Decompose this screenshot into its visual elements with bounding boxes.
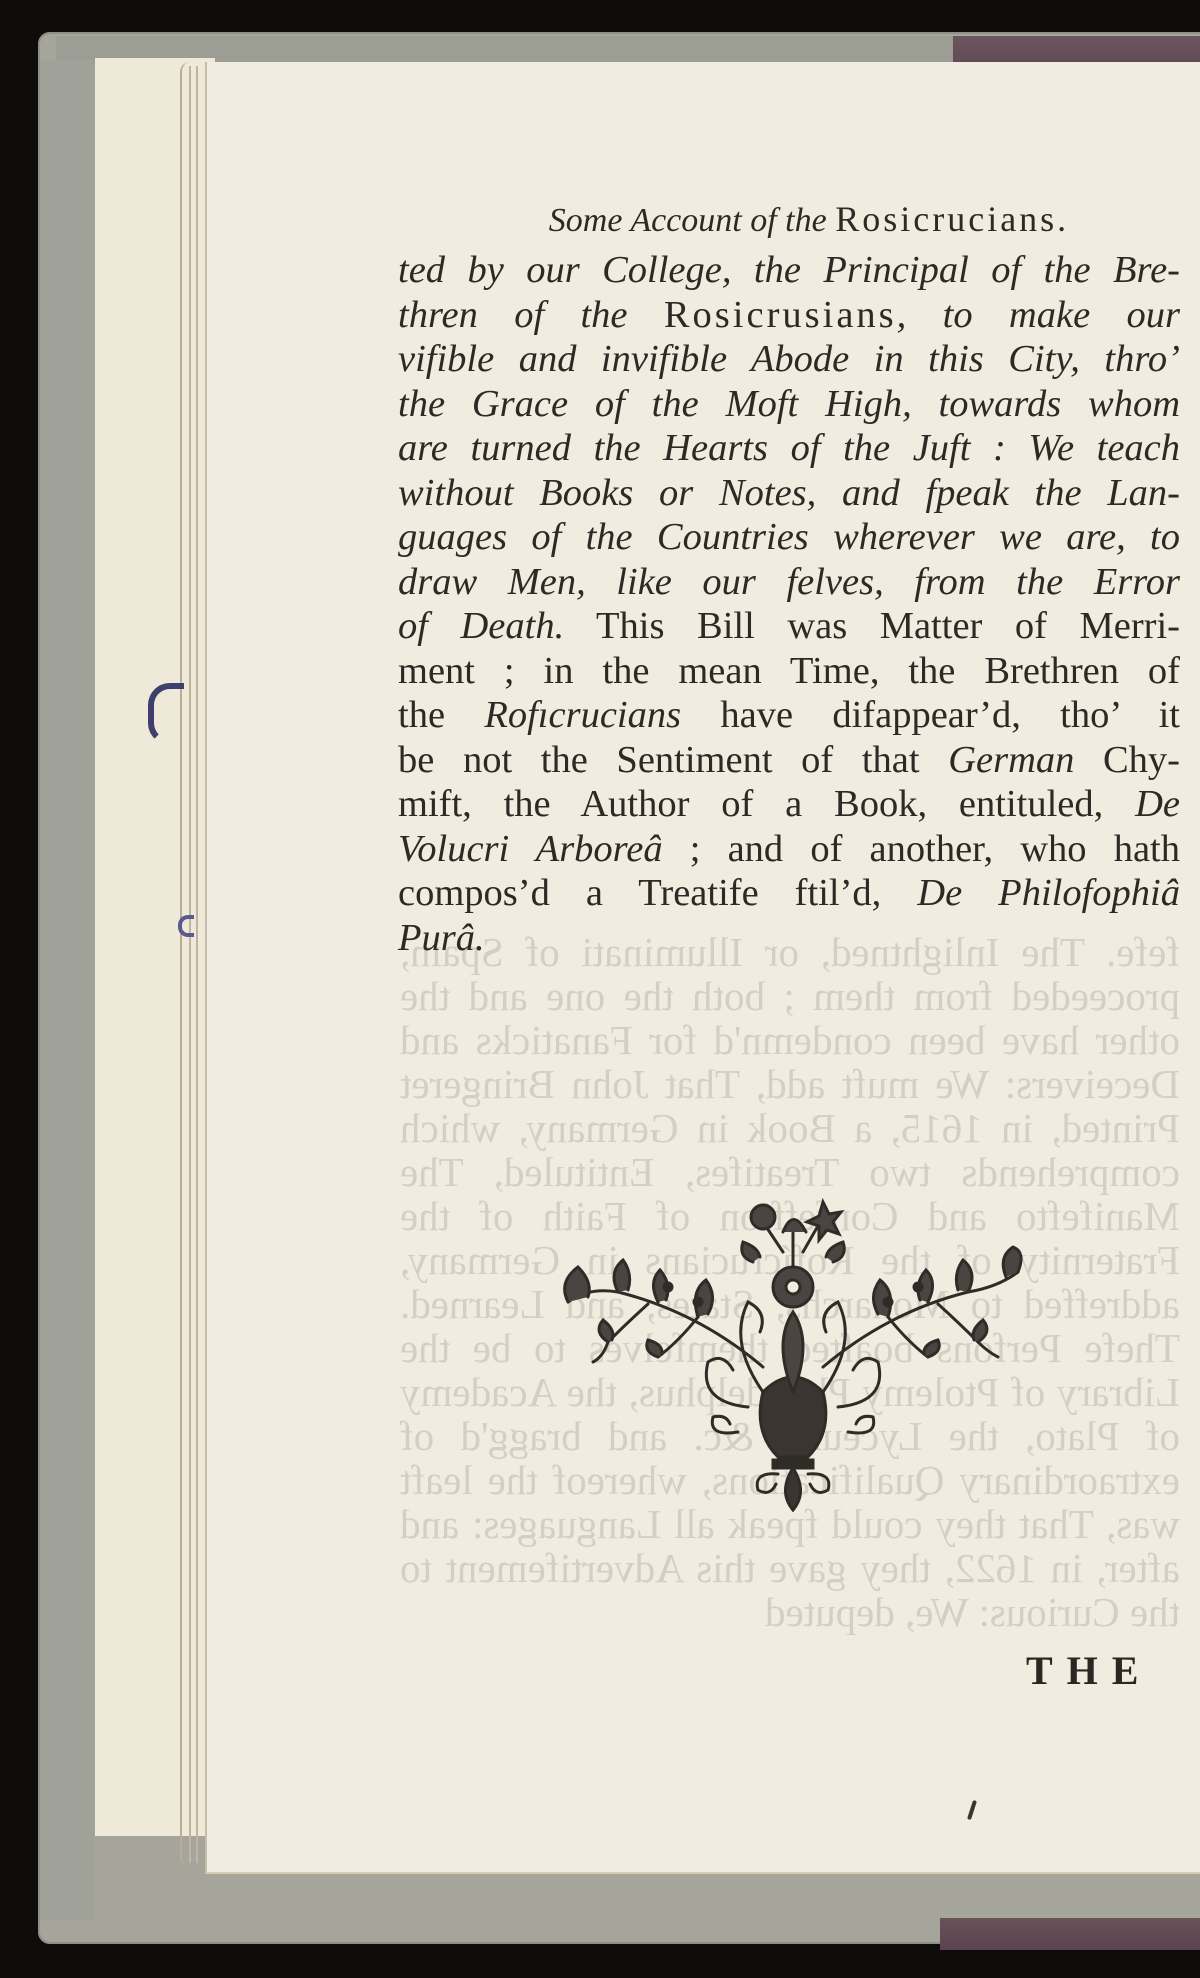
text-segment: Chy- (1074, 739, 1180, 781)
running-head-italic: Some Account of the (549, 202, 827, 239)
leather-spine-bottom (940, 1918, 1200, 1950)
text-line: thren of the Rosicrusians, to make our (398, 293, 1180, 338)
text-segment: vifible and invifible Abode in this City… (398, 338, 1180, 380)
text-line: compos’d a Treatife ftil’d, De Philofoph… (398, 871, 1180, 916)
text-segment: De (1135, 783, 1180, 825)
text-segment: ment ; in the mean Time, the Brethren of (398, 650, 1180, 692)
text-line: vifible and invifible Abode in this City… (398, 337, 1180, 382)
text-line: of Death. This Bill was Matter of Merri- (398, 604, 1180, 649)
text-segment: guages of the Countries wherever we are,… (398, 516, 1180, 558)
page-text-block: Some Account of the Rosicrucians. ted by… (398, 196, 1180, 960)
text-segment: De Philofophiâ (917, 872, 1180, 914)
text-line: ment ; in the mean Time, the Brethren of (398, 649, 1180, 694)
text-line: be not the Sentiment of that German Chy- (398, 738, 1180, 783)
text-segment: This Bill was Matter of Merri- (564, 605, 1180, 647)
text-segment: be not the Sentiment of that (398, 739, 948, 781)
blue-pencil-mark (148, 683, 184, 745)
text-segment: draw Men, like our felves, from the Erro… (398, 561, 1180, 603)
text-line: Volucri Arboreâ ; and of another, who ha… (398, 827, 1180, 872)
text-segment: Rosicrusians (664, 294, 897, 336)
text-segment: German (948, 739, 1074, 781)
text-segment: , to make our (897, 294, 1180, 336)
running-head: Some Account of the Rosicrucians. (398, 196, 1180, 244)
catchword: THE (1026, 1647, 1152, 1694)
text-segment: Rofıcrucians (484, 694, 681, 736)
running-head-small-caps: Rosicrucians. (835, 199, 1069, 239)
text-segment: have difappear’d, tho’ it (681, 694, 1180, 736)
text-line: without Books or Notes, and fpeak the La… (398, 471, 1180, 516)
text-segment: Volucri Arboreâ (398, 828, 663, 870)
text-segment: ted by our College, the Principal of the… (398, 249, 1180, 291)
text-line: draw Men, like our felves, from the Erro… (398, 560, 1180, 605)
text-line: the Grace of the Moft High, towards whom (398, 382, 1180, 427)
text-segment: ; and of another, who hath (663, 828, 1180, 870)
board-left-edge (40, 60, 94, 1920)
text-segment: Purâ. (398, 917, 485, 959)
text-line: ted by our College, the Principal of the… (398, 248, 1180, 293)
text-segment: thren of the (398, 294, 664, 336)
text-line: mift, the Author of a Book, entituled, D… (398, 782, 1180, 827)
text-segment: without Books or Notes, and fpeak the La… (398, 472, 1180, 514)
blue-pencil-mark-small (178, 915, 194, 937)
text-segment: are turned the Hearts of the Juft : We t… (398, 427, 1180, 469)
text-line: guages of the Countries wherever we are,… (398, 515, 1180, 560)
text-segment: of Death. (398, 605, 564, 647)
text-line: are turned the Hearts of the Juft : We t… (398, 426, 1180, 471)
text-segment: the Grace of the Moft High, towards whom (398, 383, 1180, 425)
body-text: ted by our College, the Principal of the… (398, 248, 1180, 960)
text-segment: the (398, 694, 484, 736)
text-segment: compos’d a Treatife ftil’d, (398, 872, 917, 914)
floral-ornament-icon (548, 1192, 1038, 1512)
text-segment: mift, the Author of a Book, entituled, (398, 783, 1135, 825)
text-line: Purâ. (398, 916, 1180, 961)
text-line: the Rofıcrucians have difappear’d, tho’ … (398, 693, 1180, 738)
